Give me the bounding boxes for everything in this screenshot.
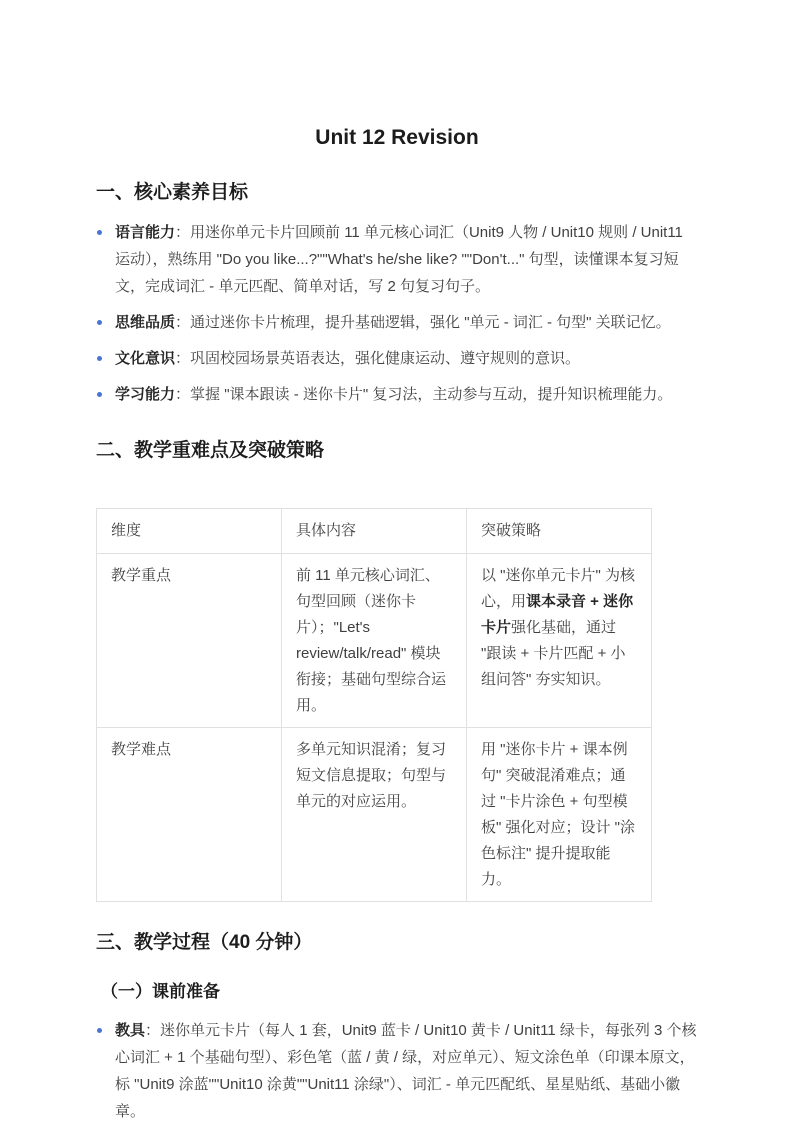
cell-dimension: 教学重点 [97, 554, 282, 728]
bullet-icon [97, 1028, 102, 1033]
table-header-dimension: 维度 [97, 509, 282, 554]
preparation-label: 教具 [115, 1022, 145, 1039]
section-heading-process: 三、教学过程（40 分钟） [96, 930, 698, 956]
preparation-list: 教具：迷你单元卡片（每人 1 套，Unit9 蓝卡 / Unit10 黄卡 / … [96, 1017, 698, 1123]
goal-item-thinking: 思维品质：通过迷你卡片梳理，提升基础逻辑，强化 "单元 - 词汇 - 句型" 关… [96, 309, 698, 336]
goal-separator: ： [175, 224, 190, 241]
table-header-strategy: 突破策略 [467, 509, 652, 554]
goal-text: 掌握 "课本跟读 - 迷你卡片" 复习法，主动参与互动，提升知识梳理能力。 [190, 386, 672, 403]
subsection-heading-preparation: （一）课前准备 [101, 980, 698, 1004]
goal-separator: ： [175, 350, 190, 367]
goal-label: 学习能力 [115, 386, 175, 403]
table-header-content: 具体内容 [282, 509, 467, 554]
section-heading-goals: 一、核心素养目标 [96, 180, 698, 206]
preparation-separator: ： [145, 1022, 160, 1039]
goal-text: 用迷你单元卡片回顾前 11 单元核心词汇（Unit9 人物 / Unit10 规… [115, 224, 683, 295]
goal-separator: ： [175, 314, 190, 331]
table-header-row: 维度 具体内容 突破策略 [97, 509, 652, 554]
preparation-item-materials: 教具：迷你单元卡片（每人 1 套，Unit9 蓝卡 / Unit10 黄卡 / … [96, 1017, 698, 1123]
bullet-icon [97, 320, 102, 325]
cell-strategy: 用 "迷你卡片 + 课本例句" 突破混淆难点；通过 "卡片涂色 + 句型模板" … [467, 728, 652, 902]
goal-text: 巩固校园场景英语表达，强化健康运动、遵守规则的意识。 [190, 350, 580, 367]
goal-text: 通过迷你卡片梳理，提升基础逻辑，强化 "单元 - 词汇 - 句型" 关联记忆。 [190, 314, 671, 331]
cell-strategy: 以 "迷你单元卡片" 为核心，用课本录音 + 迷你卡片强化基础，通过 "跟读 +… [467, 554, 652, 728]
table-row: 教学重点 前 11 单元核心词汇、句型回顾（迷你卡片）；"Let's revie… [97, 554, 652, 728]
goals-list: 语言能力：用迷你单元卡片回顾前 11 单元核心词汇（Unit9 人物 / Uni… [96, 219, 698, 408]
document-title: Unit 12 Revision [96, 124, 698, 152]
bullet-icon [97, 392, 102, 397]
preparation-text: 迷你单元卡片（每人 1 套，Unit9 蓝卡 / Unit10 黄卡 / Uni… [115, 1022, 697, 1120]
bullet-icon [97, 230, 102, 235]
cell-content: 多单元知识混淆；复习短文信息提取；句型与单元的对应运用。 [282, 728, 467, 902]
strategy-text: 用 "迷你卡片 + 课本例句" 突破混淆难点；通过 "卡片涂色 + 句型模板" … [481, 741, 635, 888]
goal-label: 思维品质 [115, 314, 175, 331]
difficulties-table: 维度 具体内容 突破策略 教学重点 前 11 单元核心词汇、句型回顾（迷你卡片）… [96, 508, 652, 902]
goal-separator: ： [175, 386, 190, 403]
document-page: Unit 12 Revision 一、核心素养目标 语言能力：用迷你单元卡片回顾… [0, 0, 794, 1123]
goal-item-learning: 学习能力：掌握 "课本跟读 - 迷你卡片" 复习法，主动参与互动，提升知识梳理能… [96, 381, 698, 408]
goal-label: 语言能力 [115, 224, 175, 241]
cell-content: 前 11 单元核心词汇、句型回顾（迷你卡片）；"Let's review/tal… [282, 554, 467, 728]
section-heading-difficulties: 二、教学重难点及突破策略 [96, 438, 698, 464]
goal-item-culture: 文化意识：巩固校园场景英语表达，强化健康运动、遵守规则的意识。 [96, 345, 698, 372]
bullet-icon [97, 356, 102, 361]
table-row: 教学难点 多单元知识混淆；复习短文信息提取；句型与单元的对应运用。 用 "迷你卡… [97, 728, 652, 902]
goal-label: 文化意识 [115, 350, 175, 367]
goal-item-language: 语言能力：用迷你单元卡片回顾前 11 单元核心词汇（Unit9 人物 / Uni… [96, 219, 698, 300]
cell-dimension: 教学难点 [97, 728, 282, 902]
